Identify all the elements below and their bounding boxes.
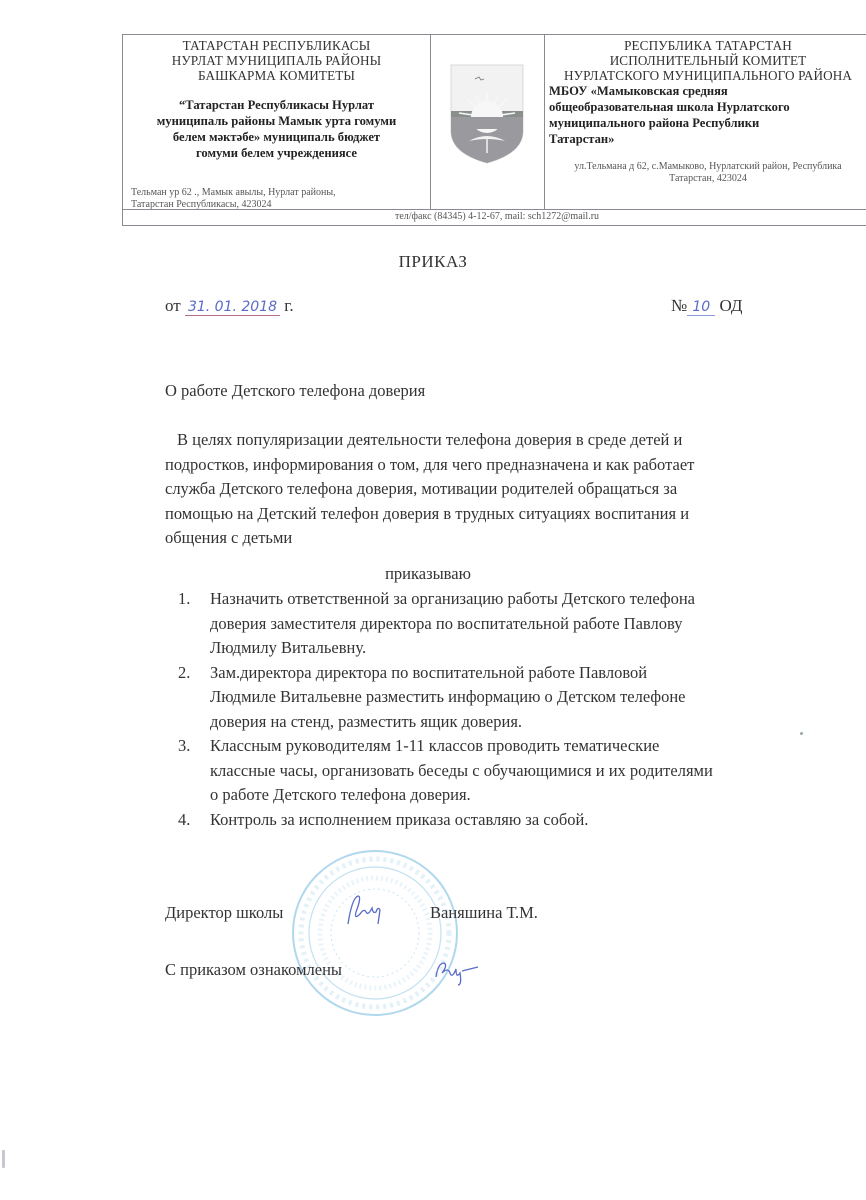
item-line: Зам.директора директора по воспитательно… — [210, 661, 846, 686]
order-items-list: 1. Назначить ответственной за организаци… — [176, 587, 846, 832]
left-org-name: “Татарстан Республикасы Нурлат муниципал… — [123, 97, 430, 161]
handwritten-date: 31. 01. 2018 — [185, 299, 280, 316]
right-org-line: муниципального района Республики — [549, 115, 866, 131]
right-address-line: Татарстан, 423024 — [545, 173, 866, 185]
left-authority-lines: ТАТАРСТАН РЕСПУБЛИКАСЫ НУРЛАТ МУНИЦИПАЛЬ… — [123, 38, 430, 83]
right-authority-lines: РЕСПУБЛИКА ТАТАРСТАН ИСПОЛНИТЕЛЬНЫЙ КОМИ… — [545, 38, 866, 83]
director-signature-icon — [342, 890, 386, 930]
order-preamble: В целях популяризации деятельности телеф… — [165, 428, 805, 551]
number-prefix: № — [671, 296, 687, 315]
left-org-line: белем мәктәбе» муниципаль бюджет — [123, 129, 430, 145]
date-prefix: от — [165, 296, 181, 315]
item-number: 2. — [178, 661, 190, 686]
right-upper-line: РЕСПУБЛИКА ТАТАРСТАН — [545, 38, 866, 53]
order-item: 4. Контроль за исполнением приказа остав… — [176, 808, 846, 833]
preamble-line-text: В целях популяризации деятельности телеф… — [177, 430, 682, 449]
number-suffix: ОД — [719, 296, 742, 315]
letterhead-emblem-cell — [431, 35, 545, 210]
document-title: ПРИКАЗ — [0, 252, 866, 272]
left-org-line: “Татарстан Республикасы Нурлат — [123, 97, 430, 113]
item-number: 4. — [178, 808, 190, 833]
date-suffix: г. — [284, 296, 293, 315]
left-address: Тельман ур 62 ., Мамык авылы, Нурлат рай… — [123, 187, 430, 211]
preamble-line: помощью на Детский телефон доверия в тру… — [165, 502, 805, 527]
left-org-line: гомуми белем учреждениясе — [123, 145, 430, 161]
coat-of-arms-emblem-icon — [445, 61, 529, 165]
order-item: 3. Классным руководителям 1-11 классов п… — [176, 734, 846, 808]
left-address-line: Тельман ур 62 ., Мамык авылы, Нурлат рай… — [131, 187, 430, 199]
handwritten-order-number: 10 — [687, 299, 715, 316]
letterhead: ТАТАРСТАН РЕСПУБЛИКАСЫ НУРЛАТ МУНИЦИПАЛЬ… — [122, 34, 866, 226]
order-decree-word: приказываю — [0, 564, 866, 584]
order-date-line: от 31. 01. 2018 г. — [165, 296, 294, 316]
left-upper-line: БАШКАРМА КОМИТЕТЫ — [123, 68, 430, 83]
order-item: 1. Назначить ответственной за организаци… — [176, 587, 846, 661]
left-upper-line: ТАТАРСТАН РЕСПУБЛИКАСЫ — [123, 38, 430, 53]
item-number: 3. — [178, 734, 190, 759]
letterhead-left-tatar: ТАТАРСТАН РЕСПУБЛИКАСЫ НУРЛАТ МУНИЦИПАЛЬ… — [123, 35, 431, 210]
right-upper-line: НУРЛАТСКОГО МУНИЦИПАЛЬНОГО РАЙОНА — [545, 68, 866, 83]
item-line: доверия на стенд, разместить ящик довери… — [210, 710, 846, 735]
item-line: классные часы, организовать беседы с обу… — [210, 759, 846, 784]
decree-word-text: приказываю — [385, 564, 471, 583]
item-line: доверия заместителя директора по воспита… — [210, 612, 846, 637]
scan-speck — [2, 1150, 5, 1168]
item-line: Людмилу Витальевну. — [210, 636, 846, 661]
item-line: Классным руководителям 1-11 классов пров… — [210, 734, 846, 759]
preamble-line: общения с детьми — [165, 526, 805, 551]
acknowledgement-label: С приказом ознакомлены — [165, 960, 342, 980]
item-line: Людмиле Витальевне разместить информацию… — [210, 685, 846, 710]
right-address: ул.Тельмана д 62, с.Мамыково, Нурлатский… — [545, 161, 866, 185]
right-upper-line: ИСПОЛНИТЕЛЬНЫЙ КОМИТЕТ — [545, 53, 866, 68]
left-upper-line: НУРЛАТ МУНИЦИПАЛЬ РАЙОНЫ — [123, 53, 430, 68]
letterhead-contacts: тел/факс (84345) 4-12-67, mail: sch1272@… — [123, 209, 866, 225]
preamble-line: служба Детского телефона доверия, мотива… — [165, 477, 805, 502]
left-org-line: муниципаль районы Мамык урта гомуми — [123, 113, 430, 129]
official-round-stamp-icon — [290, 848, 460, 1018]
letterhead-right-russian: РЕСПУБЛИКА ТАТАРСТАН ИСПОЛНИТЕЛЬНЫЙ КОМИ… — [545, 35, 866, 210]
order-subject: О работе Детского телефона доверия — [165, 381, 425, 401]
right-org-name: МБОУ «Мамыковская средняя общеобразовате… — [545, 83, 866, 147]
right-address-line: ул.Тельмана д 62, с.Мамыково, Нурлатский… — [545, 161, 866, 173]
preamble-line: подростков, информирования о том, для че… — [165, 453, 805, 478]
scan-speck — [800, 732, 803, 735]
right-org-line: Татарстан» — [549, 131, 866, 147]
signature-position: Директор школы — [165, 903, 283, 923]
item-line: Назначить ответственной за организацию р… — [210, 587, 846, 612]
right-org-line: МБОУ «Мамыковская средняя — [549, 83, 866, 99]
item-line: о работе Детского телефона доверия. — [210, 783, 846, 808]
item-line: Контроль за исполнением приказа оставляю… — [210, 808, 846, 833]
item-number: 1. — [178, 587, 190, 612]
preamble-line: В целях популяризации деятельности телеф… — [165, 428, 805, 453]
right-org-line: общеобразовательная школа Нурлатского — [549, 99, 866, 115]
order-number-line: №10 ОД — [671, 296, 743, 316]
acknowledgement-signature-icon — [432, 955, 482, 987]
order-item: 2. Зам.директора директора по воспитател… — [176, 661, 846, 735]
signatory-name: Ваняшина Т.М. — [430, 903, 538, 923]
